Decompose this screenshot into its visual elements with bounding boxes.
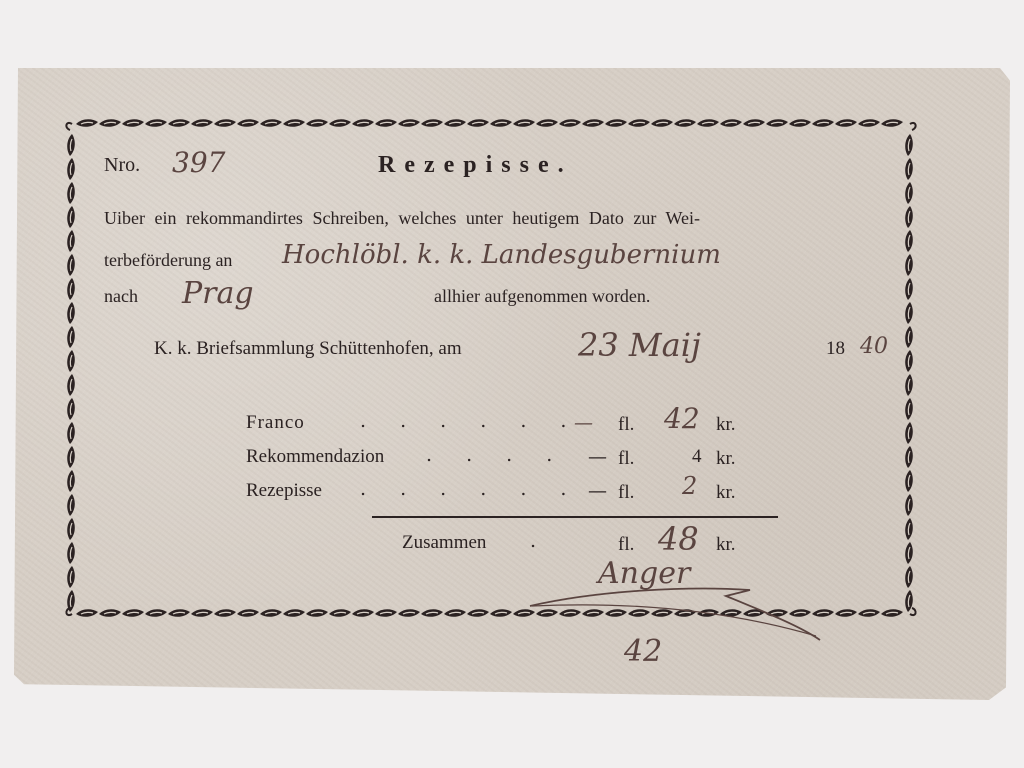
total-kr: kr. [716,534,736,556]
handwritten-annotation: 42 [624,634,662,669]
fee-label: Rezepisse [246,480,322,502]
fee-fl: fl. [618,414,634,436]
total-amount: 48 [658,520,699,558]
body-line-1: Uiber ein rekommandirtes Schreiben, welc… [104,208,700,229]
fee-kr: kr. [716,482,736,504]
body-line-3-suffix: allhier aufgenommen worden. [434,286,650,307]
fee-amount: 4 [692,446,702,468]
total-divider [372,516,778,518]
body-line-2-prefix: terbeförderung an [104,250,232,271]
fee-amount: 42 [664,402,700,435]
fee-label: Rekommendazion [246,446,384,468]
fee-kr: kr. [716,414,736,436]
fee-label: Franco [246,412,305,434]
fee-dots: . . . . . . [360,478,580,500]
signature-flourish [520,580,840,660]
ornamental-border [62,118,920,620]
fee-dash: — [588,480,607,502]
destination-handwritten: Prag [182,276,254,311]
total-dot: . [530,530,536,552]
body-line-3-prefix: nach [104,286,138,307]
year-printed: 18 [826,338,845,360]
fee-kr: kr. [716,448,736,470]
date-handwritten: 23 Maij [578,326,701,364]
total-fl: fl. [618,534,634,556]
fee-fl: fl. [618,482,634,504]
fee-dots: . . . . . . [360,410,580,432]
total-label: Zusammen [402,532,486,554]
fee-dots: . . . . [426,444,566,466]
fee-dash: — [588,446,607,468]
year-handwritten: 40 [860,334,888,359]
recipient-handwritten: Hochlöbl. k. k. Landesgubernium [282,240,721,270]
fee-dash: — [574,412,593,434]
fee-amount: 2 [682,472,697,500]
post-office-line: K. k. Briefsammlung Schüttenhofen, am [154,338,462,360]
document-title: Rezepisse. [378,152,573,179]
number-label: Nro. [104,154,140,177]
fee-fl: fl. [618,448,634,470]
receipt-number: 397 [172,146,225,179]
